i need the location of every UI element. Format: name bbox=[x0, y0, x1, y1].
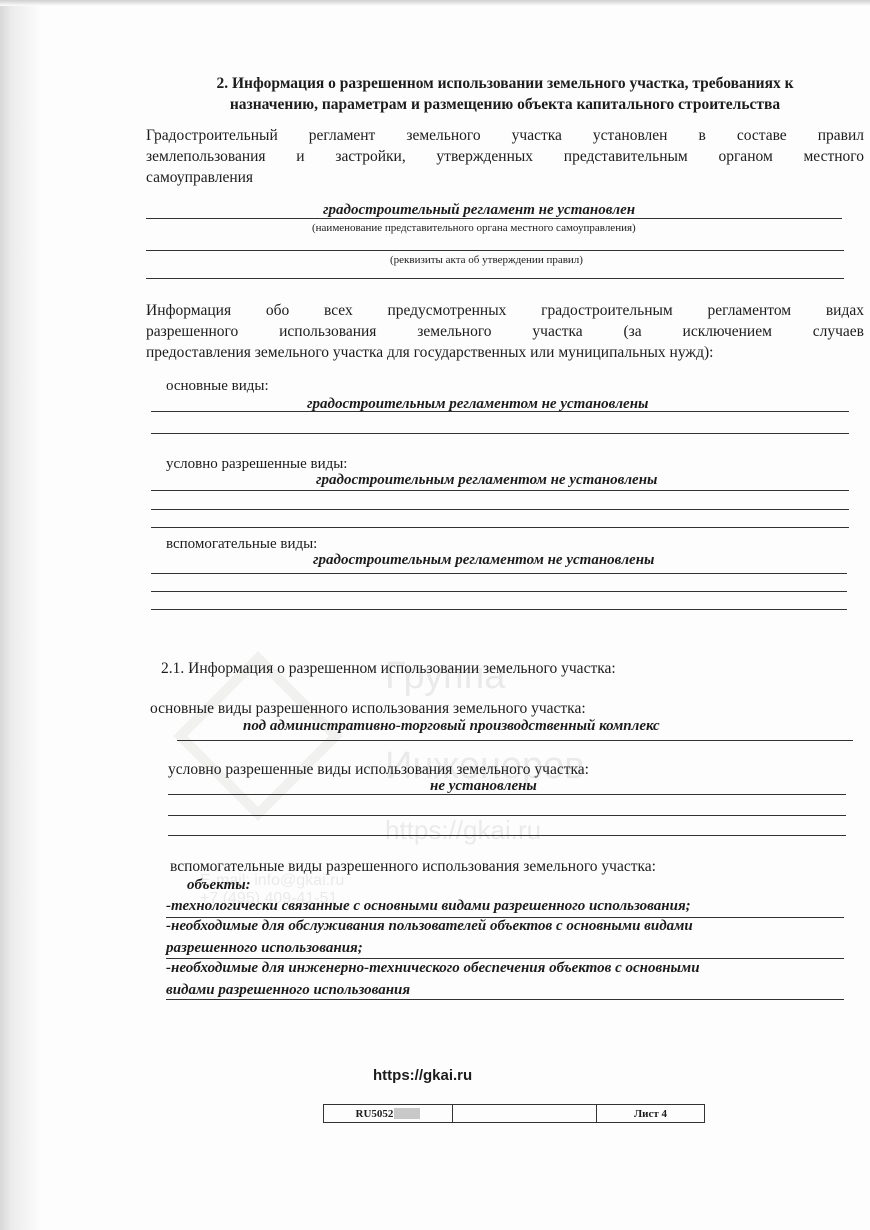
auxiliary-permitted-use-label: вспомогательные виды разрешенного исполь… bbox=[170, 858, 656, 876]
field-underline bbox=[146, 250, 844, 251]
doc-number-cell: RU5052 bbox=[324, 1105, 453, 1122]
auxiliary-item: видами разрешенного использования bbox=[166, 982, 410, 999]
regulation-value: градостроительный регламент не установле… bbox=[323, 202, 635, 219]
auxiliary-kinds-label: вспомогательные виды: bbox=[166, 536, 317, 553]
main-permitted-use-value: под административно-торговый производств… bbox=[243, 718, 660, 735]
conditional-kinds-value: градостроительным регламентом не установ… bbox=[316, 472, 657, 489]
redaction-block bbox=[394, 1108, 420, 1119]
field-underline bbox=[151, 433, 849, 434]
section-heading-line1: 2. Информация о разрешенном использовани… bbox=[150, 73, 860, 94]
field-underline bbox=[151, 591, 847, 592]
empty-cell bbox=[453, 1105, 597, 1122]
paragraph-line: разрешенного использования земельного уч… bbox=[146, 321, 864, 342]
field-underline bbox=[146, 278, 844, 279]
auxiliary-item: -технологически связанные с основными ви… bbox=[166, 898, 691, 915]
field-underline bbox=[177, 740, 853, 741]
paragraph-line: Градостроительный регламент земельного у… bbox=[146, 125, 864, 146]
doc-number: RU5052 bbox=[356, 1108, 394, 1120]
section-heading: 2. Информация о разрешенном использовани… bbox=[150, 73, 860, 115]
field-underline bbox=[168, 835, 846, 836]
auxiliary-item: -необходимые для инженерно-технического … bbox=[166, 960, 700, 977]
main-permitted-use-label: основные виды разрешенного использования… bbox=[150, 700, 586, 718]
auxiliary-item: разрешенного использования; bbox=[166, 940, 363, 957]
scan-edge-shadow bbox=[0, 0, 42, 1230]
paragraph-line: предоставления земельного участка для го… bbox=[146, 342, 864, 363]
subsection-heading: 2.1. Информация о разрешенном использова… bbox=[161, 660, 616, 678]
scan-top-shadow bbox=[0, 0, 870, 6]
auxiliary-objects-intro: объекты: bbox=[187, 877, 251, 894]
auxiliary-kinds-value: градостроительным регламентом не установ… bbox=[313, 552, 654, 569]
field-underline bbox=[166, 999, 844, 1000]
watermark-url: https://gkai.ru bbox=[385, 815, 541, 846]
field-underline bbox=[151, 411, 849, 412]
site-url: https://gkai.ru bbox=[373, 1067, 472, 1084]
field-underline bbox=[151, 527, 849, 528]
paragraph-line: землепользования и застройки, утвержденн… bbox=[146, 146, 864, 167]
field-underline bbox=[168, 794, 846, 795]
conditional-permitted-use-value: не установлены bbox=[430, 778, 537, 795]
field-underline bbox=[151, 490, 849, 491]
field-underline bbox=[151, 609, 847, 610]
caption-act-details: (реквизиты акта об утверждении правил) bbox=[390, 254, 583, 266]
field-underline bbox=[168, 815, 846, 816]
permitted-use-info-paragraph: Информация обо всех предусмотренных град… bbox=[146, 300, 864, 363]
field-underline bbox=[146, 218, 842, 219]
field-underline bbox=[166, 958, 844, 959]
paragraph-line: самоуправления bbox=[146, 167, 864, 188]
page-stamp-table: RU5052 Лист 4 bbox=[323, 1104, 705, 1123]
conditional-permitted-use-label: условно разрешенные виды использования з… bbox=[168, 761, 589, 779]
auxiliary-item: -необходимые для обслуживания пользовате… bbox=[166, 918, 693, 935]
conditional-kinds-label: условно разрешенные виды: bbox=[166, 456, 347, 473]
sheet-number: Лист 4 bbox=[634, 1108, 667, 1120]
paragraph-line: Информация обо всех предусмотренных град… bbox=[146, 300, 864, 321]
field-underline bbox=[151, 573, 847, 574]
field-underline bbox=[151, 509, 849, 510]
main-kinds-label: основные виды: bbox=[166, 378, 269, 395]
section-heading-line2: назначению, параметрам и размещению объе… bbox=[150, 94, 860, 115]
regulation-paragraph: Градостроительный регламент земельного у… bbox=[146, 125, 864, 188]
sheet-cell: Лист 4 bbox=[597, 1105, 704, 1122]
caption-representative-body: (наименование представительного органа м… bbox=[312, 222, 636, 234]
